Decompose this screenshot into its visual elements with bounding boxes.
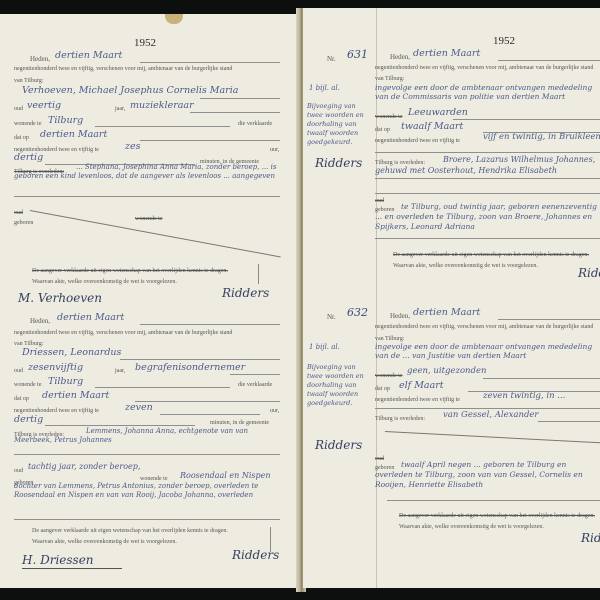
margin-note-attachment: 1 bijl. al. — [309, 343, 374, 352]
geboren-label: geboren — [14, 220, 33, 226]
wonende-label-struck: wonende te — [135, 216, 163, 222]
oud-label: oud — [14, 468, 23, 474]
entry-date: dertien Maart — [413, 48, 480, 59]
rule — [140, 62, 280, 63]
official-signature: Ridders — [578, 266, 600, 280]
rule — [14, 454, 280, 455]
jaar-label: jaar, — [115, 368, 125, 374]
form-line: negentienhonderd twee en vijftig, versch… — [14, 66, 232, 72]
form-line: negentienhonderd twee en vijftig, versch… — [14, 330, 232, 336]
residence-label-struck: wonende te — [375, 373, 403, 379]
page-year: 1952 — [493, 35, 515, 47]
uur-label: uur, — [270, 408, 279, 414]
rule — [190, 112, 280, 113]
nr-label: Nr. — [327, 313, 336, 321]
rule — [498, 60, 600, 61]
deceased-birth-details: te Tilburg, oud twintig jaar, geboren ee… — [375, 202, 600, 232]
jaar-label: jaar, — [115, 106, 125, 112]
rule — [375, 152, 600, 153]
rule — [14, 196, 280, 197]
declarant-occupation: muziekleraar — [130, 100, 194, 111]
declarant-text: ingevolge een door de ambtenaar ontvange… — [375, 342, 600, 360]
entry-number: 632 — [347, 306, 368, 319]
death-minutes: dertig — [14, 414, 43, 425]
entry-date: dertien Maart — [57, 312, 124, 323]
age-label: oud — [14, 368, 23, 374]
rule — [14, 519, 280, 520]
aangever-statement-struck: De aangever verklaarde uit eigen wetensc… — [399, 513, 595, 519]
rule — [140, 140, 280, 141]
waarvan-statement: Waarvan akte, welke overeenkomstig de we… — [32, 539, 177, 545]
declarant-name: Verhoeven, Michael Josephus Cornelis Mar… — [22, 85, 238, 96]
age-label: oud — [14, 106, 23, 112]
rule — [135, 401, 280, 402]
form-line: negentienhonderd twee en vijftig, versch… — [375, 324, 593, 330]
rule — [387, 500, 600, 501]
residence-label: wonende te — [14, 382, 42, 388]
aangever-statement-struck: De aangever verklaarde uit eigen wetensc… — [393, 252, 589, 258]
declarant-residence: Tilburg — [48, 376, 83, 387]
deceased-details: Broere, Lazarus Wilhelmus Johannes, gehu… — [375, 154, 600, 176]
deceased-birthplace: Roosendaal en Nispen — [180, 471, 271, 480]
deceased-birth-details: twaalf April negen ... geboren te Tilbur… — [375, 460, 600, 490]
waarvan-statement: Waarvan akte, welke overeenkomstig de we… — [393, 263, 538, 269]
municipality-label: van Tilburg: — [14, 78, 43, 84]
declarant-name: Driessen, Leonardus — [22, 347, 121, 358]
rule — [200, 98, 280, 99]
death-date: dertien Maart — [42, 390, 109, 401]
death-time: vijf en twintig, in Bruikleen — [483, 132, 600, 142]
entry-date: dertien Maart — [55, 50, 122, 61]
nr-label: Nr. — [327, 55, 336, 63]
official-signature: Ridders — [222, 286, 269, 300]
heden-label: Heden, — [30, 317, 50, 325]
rule — [498, 319, 600, 320]
form-line: negentienhonderd twee en vijftig, versch… — [375, 65, 593, 71]
uur-label: uur, — [270, 147, 279, 153]
deceased-name: van Gessel, Alexander — [443, 410, 539, 420]
death-time: zeven twintig, in ... — [483, 391, 565, 401]
rule — [95, 126, 230, 127]
deceased-details: ... Stephana, Josephina Anna Maria, zond… — [14, 163, 284, 181]
declarant-age: veertig — [27, 100, 61, 111]
deceased-parents: dochter van Lemmens, Petrus Antonius, zo… — [14, 482, 284, 500]
rule — [483, 378, 600, 379]
rule — [95, 387, 230, 388]
signature-underline — [22, 568, 122, 569]
residence: geen, uitgezonden — [407, 366, 486, 376]
informant-signature: M. Verhoeven — [18, 291, 102, 305]
dat-op-label: dat op — [375, 127, 390, 133]
form-line-short: negentienhonderd twee en vijftig te — [375, 397, 460, 403]
rule — [375, 408, 600, 409]
municipality-label: van Tilburg: — [375, 76, 404, 82]
rule — [230, 374, 280, 375]
minuten-label: minuten, in de gemeente — [210, 420, 269, 426]
official-signature: Ridders — [581, 531, 600, 545]
page-year: 1952 — [134, 37, 156, 49]
declarant-residence: Tilburg — [48, 115, 83, 126]
rule — [375, 193, 600, 194]
cancel-diagonal — [385, 431, 600, 444]
rule — [453, 119, 600, 120]
deceased-age: tachtig jaar, zonder beroep, — [28, 462, 140, 471]
rule — [45, 425, 195, 426]
heden-label: Heden, — [390, 312, 410, 320]
rule — [375, 238, 600, 239]
margin-note-attachment: 1 bijl. al. — [309, 84, 374, 93]
register-page-right: 1952 Nr. 631 1 bijl. al. Bijvoeging van … — [303, 8, 600, 588]
oud-label-struck: oud — [14, 210, 23, 216]
margin-note-approval: Bijvoeging van twee woorden en doorhalin… — [307, 102, 373, 147]
death-date: dertien Maart — [40, 129, 107, 140]
heden-label: Heden, — [30, 55, 50, 63]
aangever-statement: De aangever verklaarde uit eigen wetensc… — [32, 528, 228, 534]
register-page-left: 1952 Heden, dertien Maart negentienhonde… — [0, 14, 300, 588]
margin-note-approval: Bijvoeging van twee woorden en doorhalin… — [307, 363, 373, 408]
rule — [375, 178, 600, 179]
residence-label-struck: wonende te — [375, 114, 403, 120]
dat-op-label: dat op — [14, 396, 29, 402]
residence-label: wonende te — [14, 121, 42, 127]
declarant-age: zesenvijftig — [28, 362, 83, 373]
form-line-short: negentienhonderd twee en vijftig te — [375, 138, 460, 144]
heden-label: Heden, — [390, 53, 410, 61]
death-time: zeven — [125, 402, 153, 413]
rule — [538, 421, 600, 422]
margin-signature: Ridders — [315, 438, 362, 452]
rule — [160, 414, 260, 415]
informant-signature: H. Driessen — [22, 553, 94, 567]
bookmark-tab — [165, 14, 183, 24]
entry-number: 631 — [347, 48, 368, 61]
entry-date: dertien Maart — [413, 307, 480, 318]
declarant-occupation: begrafenisondernemer — [135, 362, 245, 373]
death-minutes: dertig — [14, 152, 43, 163]
waarvan-statement: Waarvan akte, welke overeenkomstig de we… — [32, 279, 177, 285]
waarvan-statement: Waarvan akte, welke overeenkomstig de we… — [399, 524, 544, 530]
aangever-statement: De aangever verklaarde uit eigen wetensc… — [32, 268, 228, 274]
death-date: twaalf Maart — [401, 121, 463, 132]
official-signature: Ridders — [232, 548, 279, 562]
rule — [140, 324, 280, 325]
verklaarde-label: die verklaarde — [238, 382, 272, 388]
bracket-mark — [258, 264, 259, 284]
death-time: zes — [125, 141, 141, 152]
overleden-label: Tilburg is overleden: — [375, 416, 425, 422]
dat-op-label: dat op — [14, 135, 29, 141]
verklaarde-label: die verklaarde — [238, 121, 272, 127]
margin-signature: Ridders — [315, 156, 362, 170]
rule — [120, 359, 280, 360]
death-date: elf Maart — [399, 380, 444, 391]
declarant-text: ingevolge een door de ambtenaar ontvange… — [375, 83, 600, 101]
deceased-details: Lemmens, Johanna Anna, echtgenote van va… — [14, 427, 284, 445]
dat-op-label: dat op — [375, 386, 390, 392]
residence: Leeuwarden — [408, 107, 468, 118]
